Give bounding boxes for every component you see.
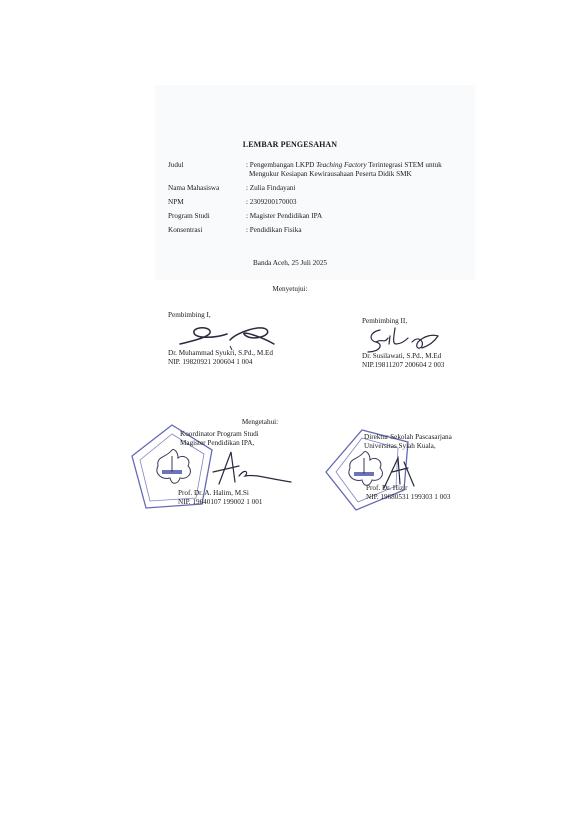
title-text-italic: Teaching Factory: [316, 161, 367, 169]
field-value: : Zulia Findayani: [246, 184, 506, 193]
approved-label: Menyetujui:: [0, 285, 580, 293]
official-name: Prof. Dr. A. Halim, M.Si: [178, 489, 262, 498]
official-2-role: Direktur Sekolah Pascasarjana Universita…: [364, 433, 452, 450]
official-2-identity: Prof. Dr. Hizir NIP. 19680531 199303 1 0…: [366, 484, 450, 501]
field-label: Program Studi: [168, 212, 246, 221]
official-nip: NIP. 19640107 199002 1 001: [178, 498, 262, 507]
official-role-line1: Direktur Sekolah Pascasarjana: [364, 433, 452, 442]
field-value: : Magister Pendidikan IPA: [246, 212, 506, 221]
supervisor-name: Dr. Susilawati, S.Pd., M.Ed: [362, 352, 444, 361]
official-1-identity: Prof. Dr. A. Halim, M.Si NIP. 19640107 1…: [178, 489, 262, 506]
official-role-line2: Universitas Syiah Kuala,: [364, 442, 452, 451]
field-label: Konsentrasi: [168, 226, 246, 235]
official-name: Prof. Dr. Hizir: [366, 484, 450, 493]
field-value: : 2309200170003: [246, 198, 506, 207]
title-text-suffix: Terintegrasi STEM untuk: [367, 161, 442, 169]
supervisor-role: Pembimbing II,: [362, 317, 407, 326]
signature-3-icon: [205, 448, 295, 488]
signature-1-icon: [172, 322, 282, 352]
title-text-line2: Mengukur Kesiapan Kewirausahaan Peserta …: [246, 170, 412, 178]
scan-background-patch: [155, 85, 475, 280]
acknowledged-label: Mengetahui:: [0, 418, 550, 426]
official-nip: NIP. 19680531 199303 1 003: [366, 493, 450, 502]
title-text-prefix: : Pengembangan LKPD: [246, 161, 316, 169]
place-date: Banda Aceh, 25 Juli 2025: [0, 259, 580, 267]
supervisor-2-identity: Dr. Susilawati, S.Pd., M.Ed NIP.19811207…: [362, 352, 444, 369]
supervisor-1-block: Pembimbing I,: [168, 311, 211, 320]
official-role-line2: Magister Pendidikan IPA,: [180, 439, 259, 448]
supervisor-role: Pembimbing I,: [168, 311, 211, 320]
field-label: Judul: [168, 161, 246, 170]
supervisor-name: Dr. Muhammad Syukri, S.Pd., M.Ed: [168, 349, 273, 358]
supervisor-nip: NIP. 19820921 200604 1 004: [168, 358, 273, 367]
supervisor-nip: NIP.19811207 200604 2 003: [362, 361, 444, 370]
supervisor-2-block: Pembimbing II,: [362, 317, 407, 326]
field-label: NPM: [168, 198, 246, 207]
field-value: : Pendidikan Fisika: [246, 226, 506, 235]
field-label: Nama Mahasiswa: [168, 184, 246, 193]
official-1-role: Koordinator Program Studi Magister Pendi…: [180, 430, 259, 447]
field-value: : Pengembangan LKPD Teaching Factory Ter…: [246, 161, 506, 179]
supervisor-1-identity: Dr. Muhammad Syukri, S.Pd., M.Ed NIP. 19…: [168, 349, 273, 366]
document-title: LEMBAR PENGESAHAN: [0, 140, 580, 149]
document-page: LEMBAR PENGESAHAN Judul : Pengembangan L…: [0, 0, 580, 819]
official-role-line1: Koordinator Program Studi: [180, 430, 259, 439]
